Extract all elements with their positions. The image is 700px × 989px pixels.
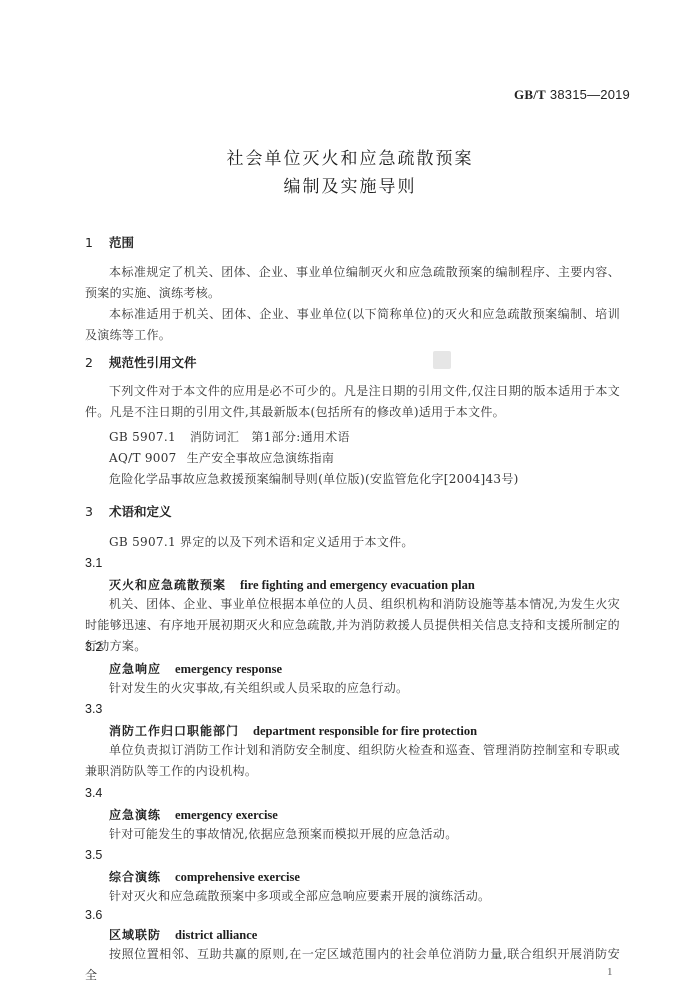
term-zh: 灭火和应急疏散预案 [109, 578, 226, 592]
reference-code: GB 5907.1 [109, 430, 176, 444]
term-definition: 针对可能发生的事故情况,依据应急预案而模拟开展的应急活动。 [85, 824, 620, 845]
term-heading: 应急演练emergency exercise [109, 806, 278, 823]
term-heading: 综合演练comprehensive exercise [109, 868, 300, 885]
term-number: 3.6 [85, 908, 102, 922]
section-heading-terms-definitions: 3术语和定义 [85, 502, 172, 520]
term-zh: 消防工作归口职能部门 [109, 724, 239, 738]
term-number: 3.5 [85, 848, 102, 862]
scan-artifact-square [433, 351, 451, 369]
standard-code: GB/T38315—2019 [514, 87, 630, 103]
page-number: 1 [607, 966, 613, 978]
reference-code: AQ/T 9007 [109, 451, 177, 465]
standard-prefix: GB/T [514, 87, 546, 102]
reference-title: 危险化学品事故应急救援预案编制导则(单位版)(安监管危化字[2004]43号) [109, 472, 519, 486]
reference-item: GB 5907.1消防词汇 第1部分:通用术语 [109, 428, 350, 445]
term-number: 3.3 [85, 702, 102, 716]
paragraph: 下列文件对于本文件的应用是必不可少的。凡是注日期的引用文件,仅注日期的版本适用于… [85, 381, 620, 423]
section-number: 1 [85, 235, 109, 250]
term-zh: 区域联防 [109, 928, 161, 942]
reference-title: 生产安全事故应急演练指南 [187, 451, 335, 465]
section-heading-normative-references: 2规范性引用文件 [85, 353, 197, 371]
term-en: comprehensive exercise [175, 870, 300, 884]
reference-item: 危险化学品事故应急救援预案编制导则(单位版)(安监管危化字[2004]43号) [109, 470, 519, 487]
term-zh: 应急响应 [109, 662, 161, 676]
term-heading: 应急响应emergency response [109, 660, 282, 677]
section-title: 范围 [109, 235, 134, 250]
term-heading: 灭火和应急疏散预案fire fighting and emergency eva… [109, 576, 475, 593]
term-en: emergency response [175, 662, 282, 676]
term-heading: 区域联防district alliance [109, 926, 257, 943]
document-title-line2: 编制及实施导则 [0, 172, 700, 197]
section-title: 术语和定义 [109, 504, 172, 519]
document-title-line1: 社会单位灭火和应急疏散预案 [0, 144, 700, 169]
paragraph: GB 5907.1 界定的以及下列术语和定义适用于本文件。 [85, 532, 620, 553]
term-heading: 消防工作归口职能部门department responsible for fir… [109, 722, 477, 739]
term-zh: 综合演练 [109, 870, 161, 884]
term-en: fire fighting and emergency evacuation p… [240, 578, 475, 592]
term-definition: 针对发生的火灾事故,有关组织或人员采取的应急行动。 [85, 678, 620, 699]
section-number: 3 [85, 504, 109, 519]
section-title: 规范性引用文件 [109, 355, 197, 370]
term-number: 3.1 [85, 556, 102, 570]
section-number: 2 [85, 355, 109, 370]
term-number: 3.2 [85, 640, 102, 654]
reference-item: AQ/T 9007生产安全事故应急演练指南 [109, 449, 334, 466]
paragraph: 本标准规定了机关、团体、企业、事业单位编制灭火和应急疏散预案的编制程序、主要内容… [85, 262, 620, 304]
term-definition: 按照位置相邻、互助共赢的原则,在一定区域范围内的社会单位消防力量,联合组织开展消… [85, 944, 620, 986]
term-definition: 针对灭火和应急疏散预案中多项或全部应急响应要素开展的演练活动。 [85, 886, 620, 907]
term-definition: 单位负责拟订消防工作计划和消防安全制度、组织防火检查和巡查、管理消防控制室和专职… [85, 740, 620, 782]
reference-title: 消防词汇 第1部分:通用术语 [190, 430, 350, 444]
term-zh: 应急演练 [109, 808, 161, 822]
term-number: 3.4 [85, 786, 102, 800]
standard-number: 38315—2019 [550, 87, 630, 102]
term-definition: 机关、团体、企业、事业单位根据本单位的人员、组织机构和消防设施等基本情况,为发生… [85, 594, 620, 657]
section-heading-scope: 1范围 [85, 233, 134, 251]
paragraph: 本标准适用于机关、团体、企业、事业单位(以下简称单位)的灭火和应急疏散预案编制、… [85, 304, 620, 346]
term-en: department responsible for fire protecti… [253, 724, 477, 738]
term-en: emergency exercise [175, 808, 278, 822]
term-en: district alliance [175, 928, 257, 942]
